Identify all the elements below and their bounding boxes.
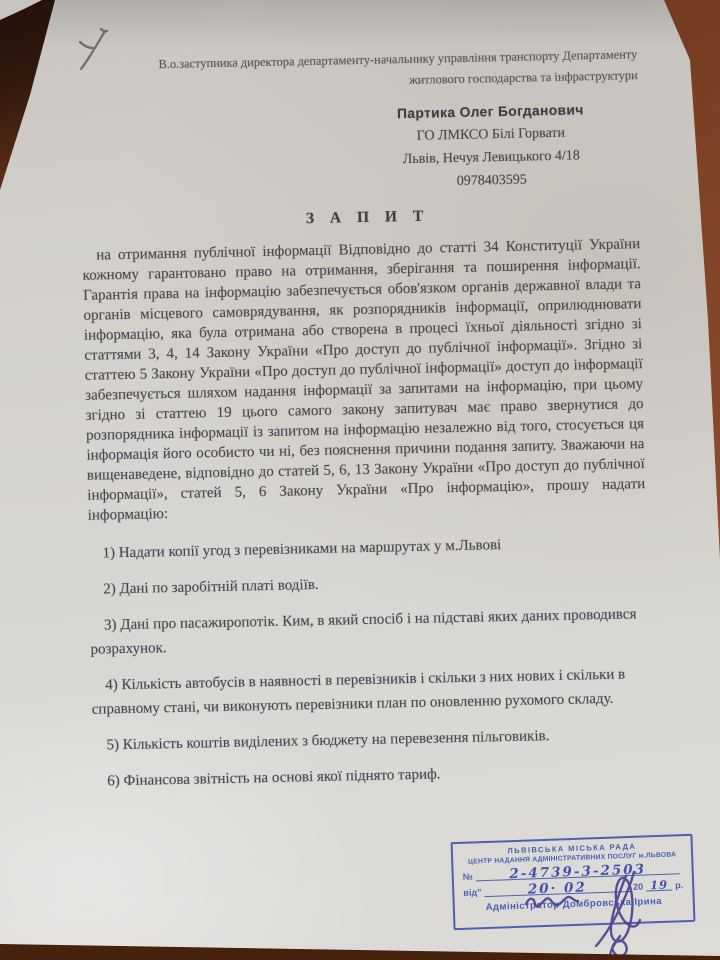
request-item-4: 4) Кількість автобусів в наявності в пер… — [91, 662, 654, 722]
recipient-block: В.о.заступника директора департаменту-на… — [51, 0, 638, 98]
signature-scrawl — [520, 866, 692, 960]
request-item-2: 2) Дані по заробітній платі водіїв. — [89, 566, 651, 602]
letter-content: В.о.заступника директора департаменту-на… — [13, 0, 680, 807]
request-item-3: 3) Дані про пасажиропотік. Ким, в який с… — [90, 602, 653, 662]
request-item-5: 5) Кількість коштів виділених з бюджету … — [92, 722, 654, 758]
photo-scene: В.о.заступника директора департаменту-на… — [0, 0, 720, 960]
stamp-number-label: № — [463, 871, 473, 881]
request-item-6: 6) Фінансова звітність на основі якої пі… — [93, 758, 655, 794]
document-title: З А П И Т — [57, 202, 677, 233]
request-item-1: 1) Надати копії угод з перевізниками на … — [88, 530, 650, 566]
body-paragraph: на отримання публічної інформації Відпов… — [82, 234, 646, 526]
request-items: 1) Надати копії угод з перевізниками на … — [88, 530, 655, 794]
sender-block: Партика Олег Богданович ГО ЛМКСО Білі Го… — [325, 97, 657, 196]
stamp-date-label: від” — [463, 887, 482, 898]
